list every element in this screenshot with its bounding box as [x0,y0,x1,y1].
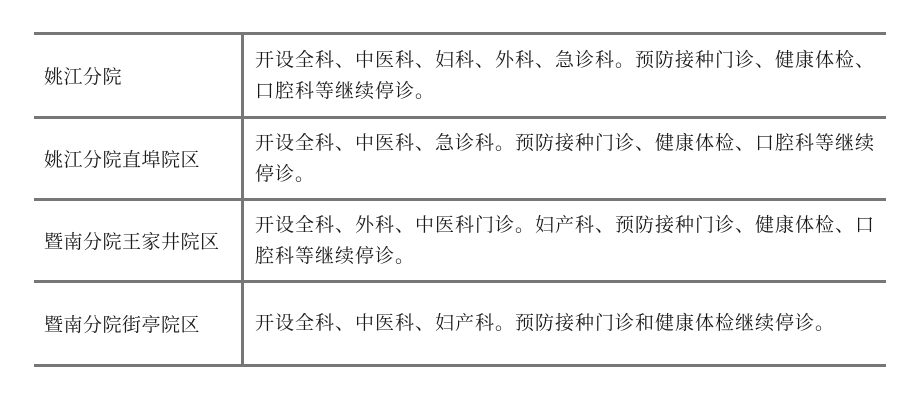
service-description-cell: 开设全科、中医科、妇科、外科、急诊科。预防接种门诊、健康体检、口腔科等继续停诊。 [244,35,886,116]
service-description-text: 开设全科、外科、中医科门诊。妇产科、预防接种门诊、健康体检、口腔科等继续停诊。 [255,210,878,272]
service-description-text: 开设全科、中医科、急诊科。预防接种门诊、健康体检、口腔科等继续停诊。 [255,128,878,190]
branch-name-cell: 姚江分院 [34,35,244,116]
service-description-text: 开设全科、中医科、妇科、外科、急诊科。预防接种门诊、健康体检、口腔科等继续停诊。 [255,45,878,107]
table-row: 姚江分院 开设全科、中医科、妇科、外科、急诊科。预防接种门诊、健康体检、口腔科等… [34,35,886,119]
branch-name-cell: 暨南分院街亭院区 [34,283,244,364]
branch-name-cell: 姚江分院直埠院区 [34,119,244,198]
branch-name-cell: 暨南分院王家井院区 [34,201,244,280]
hospital-branch-table: 姚江分院 开设全科、中医科、妇科、外科、急诊科。预防接种门诊、健康体检、口腔科等… [34,32,886,367]
service-description-text: 开设全科、中医科、妇产科。预防接种门诊和健康体检继续停诊。 [255,308,835,339]
service-description-cell: 开设全科、外科、中医科门诊。妇产科、预防接种门诊、健康体检、口腔科等继续停诊。 [244,201,886,280]
table-row: 暨南分院街亭院区 开设全科、中医科、妇产科。预防接种门诊和健康体检继续停诊。 [34,283,886,367]
table-row: 姚江分院直埠院区 开设全科、中医科、急诊科。预防接种门诊、健康体检、口腔科等继续… [34,119,886,201]
service-description-cell: 开设全科、中医科、急诊科。预防接种门诊、健康体检、口腔科等继续停诊。 [244,119,886,198]
table-row: 暨南分院王家井院区 开设全科、外科、中医科门诊。妇产科、预防接种门诊、健康体检、… [34,201,886,283]
service-description-cell: 开设全科、中医科、妇产科。预防接种门诊和健康体检继续停诊。 [244,283,886,364]
